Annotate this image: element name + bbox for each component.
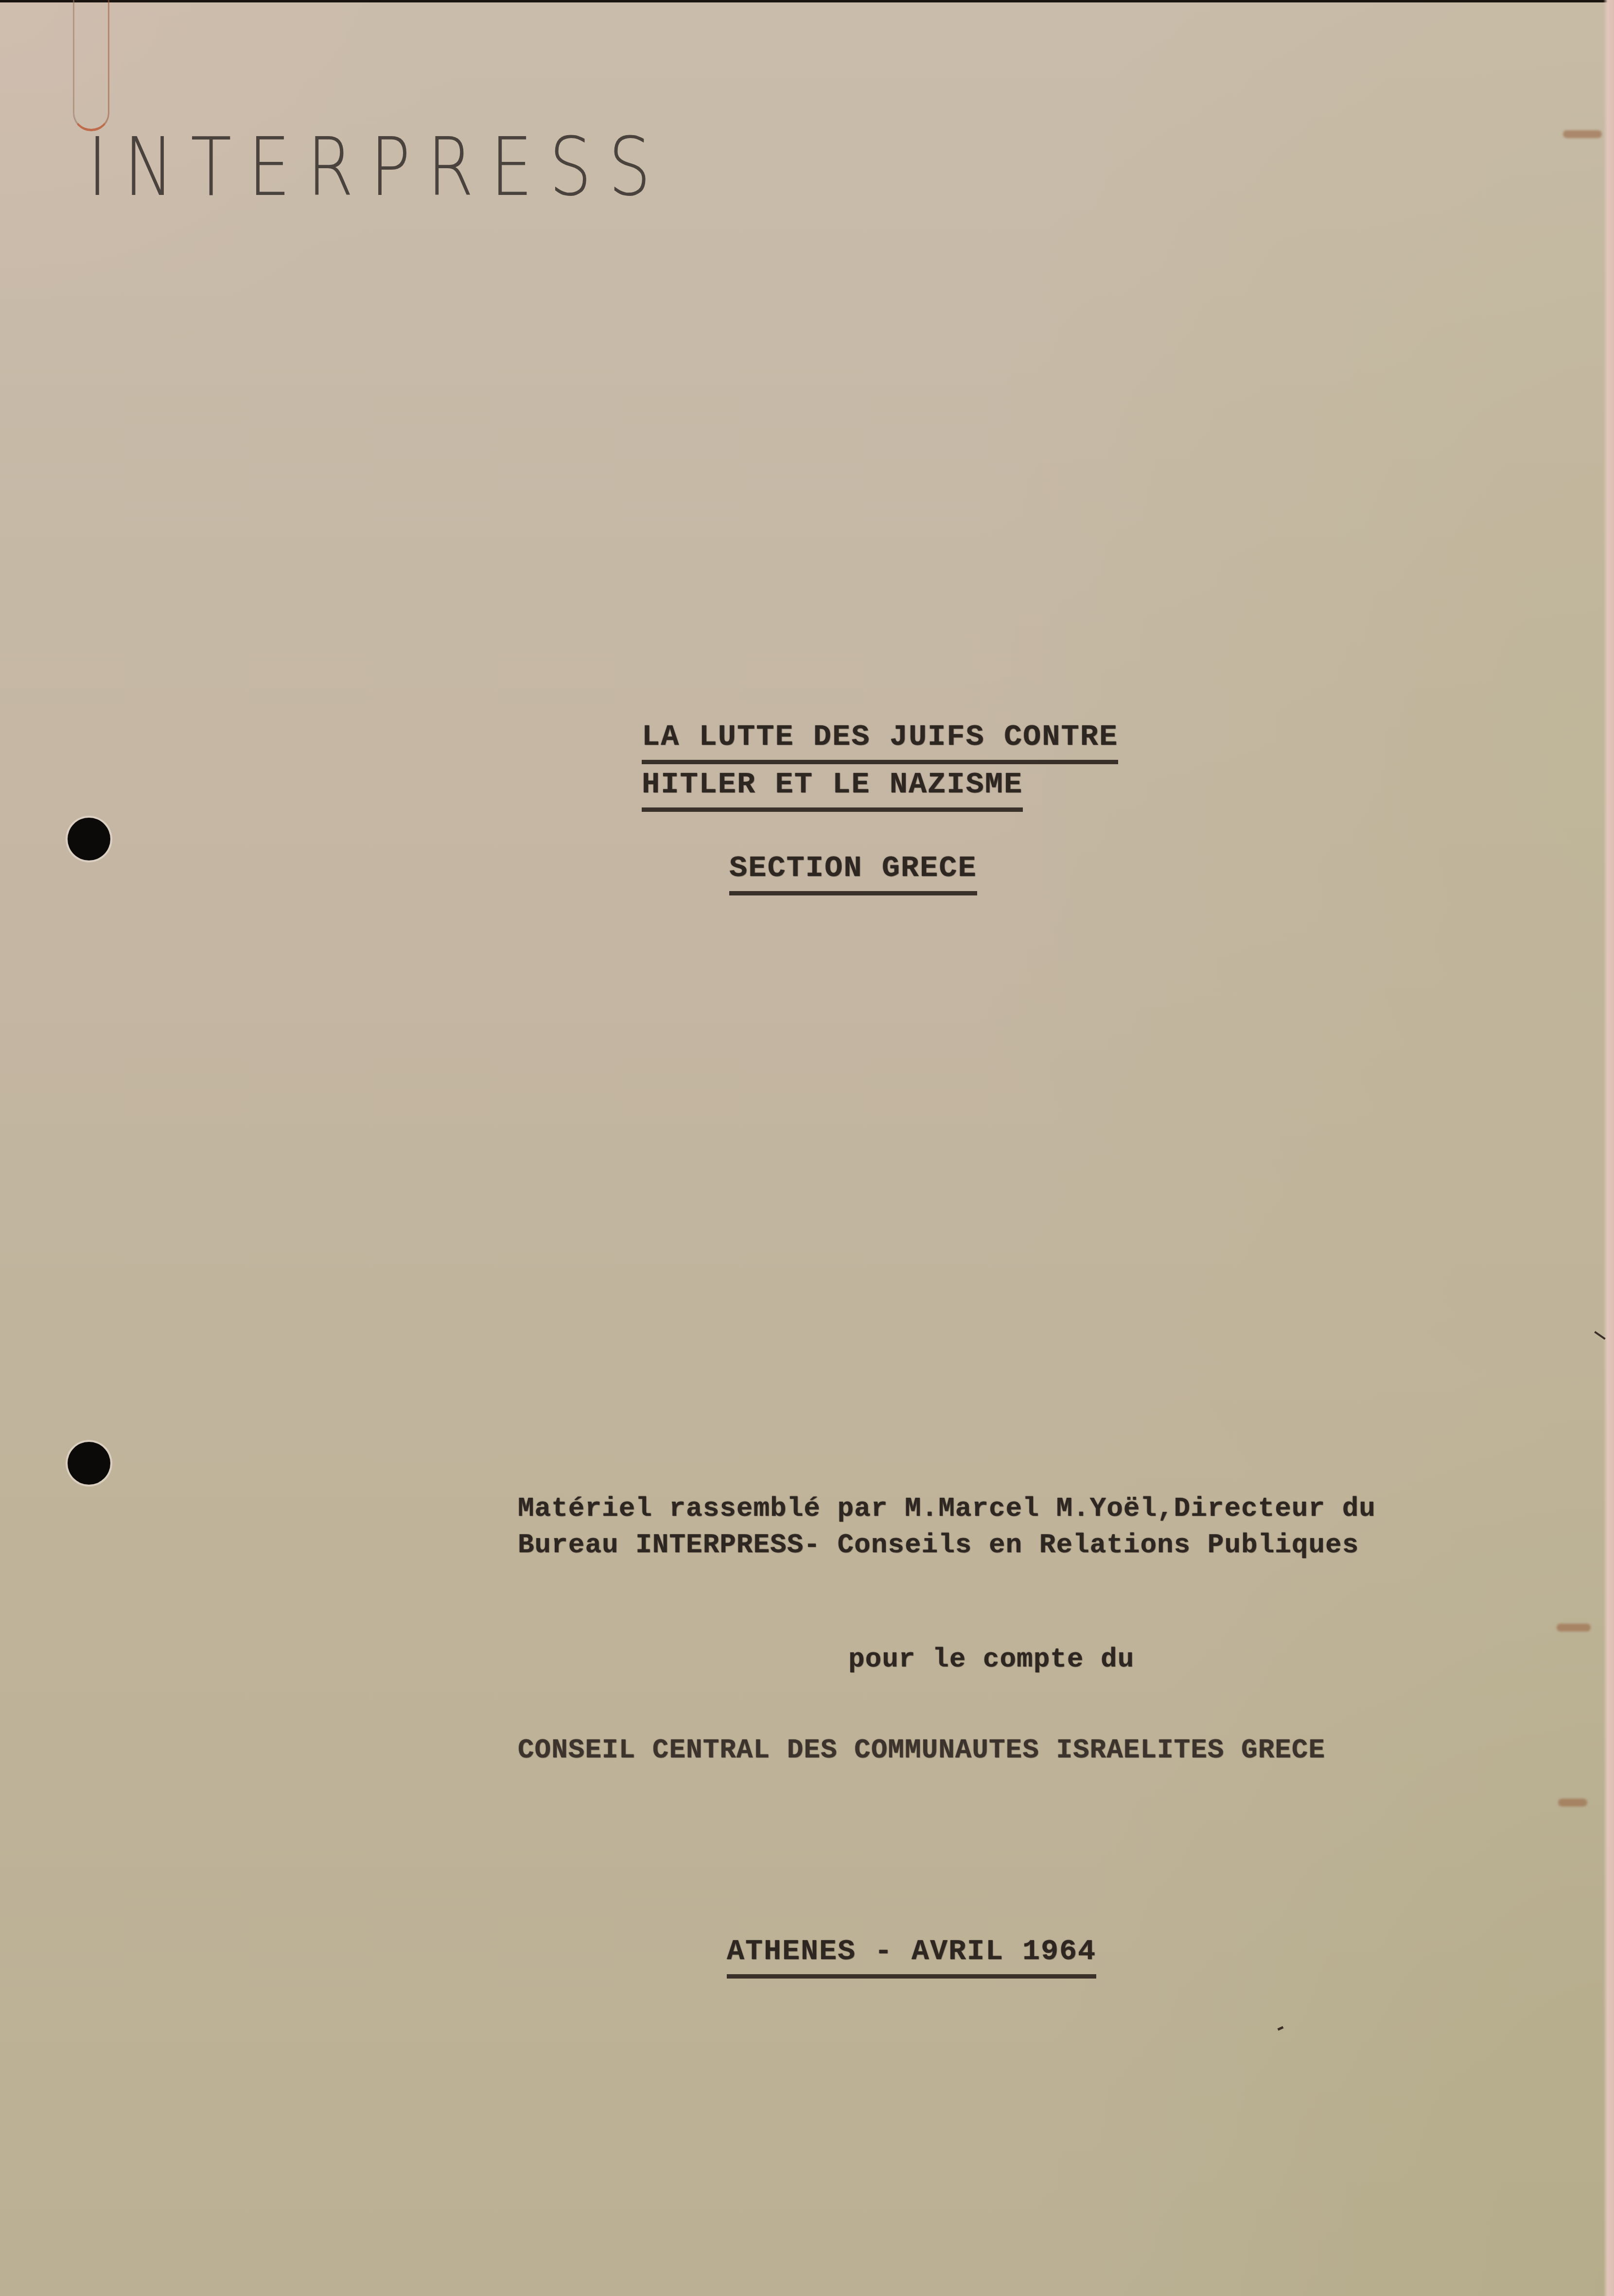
credit-line-1: Matériel rassemblé par M.Marcel M.Yoël,D…	[518, 1495, 1376, 1522]
ink-smudge	[1558, 1799, 1587, 1806]
punch-hole-icon	[68, 1442, 110, 1485]
title-line-1: LA LUTTE DES JUIFS CONTRE	[642, 722, 1118, 764]
for-account-of: pour le compte du	[848, 1646, 1134, 1673]
section-title: SECTION GRECE	[729, 853, 977, 895]
document-page: INTERPRESS LA LUTTE DES JUIFS CONTRE HIT…	[0, 0, 1614, 2296]
punch-hole-icon	[68, 818, 110, 860]
ink-smudge	[1563, 130, 1602, 138]
scan-top-edge	[0, 0, 1614, 2]
paper-speck	[1278, 2026, 1284, 2031]
credit-line-2: Bureau INTERPRESS- Conseils en Relations…	[518, 1531, 1359, 1559]
title-line-2: HITLER ET LE NAZISME	[642, 770, 1023, 812]
scan-right-edge	[1603, 0, 1614, 2296]
organization-name: CONSEIL CENTRAL DES COMMUNAUTES ISRAELIT…	[518, 1736, 1325, 1764]
place-and-date: ATHENES - AVRIL 1964	[727, 1937, 1096, 1979]
paperclip-rust-mark	[73, 0, 109, 131]
letterhead-logo: INTERPRESS	[88, 127, 667, 208]
ink-smudge	[1557, 1624, 1591, 1631]
